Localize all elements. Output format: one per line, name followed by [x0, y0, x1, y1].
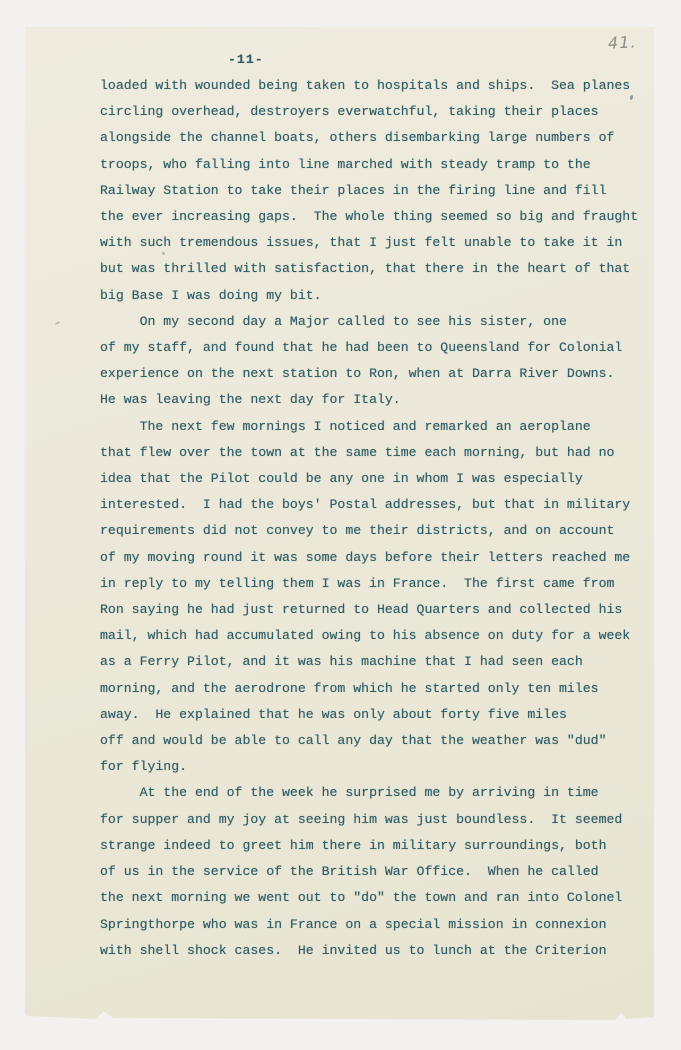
typed-page-number: -11-: [228, 52, 264, 68]
ink-speck: [162, 252, 165, 255]
typewritten-body: loaded with wounded being taken to hospi…: [100, 73, 648, 964]
typewritten-page: -11- 41. loaded with wounded being taken…: [25, 27, 654, 1021]
scan-background: -11- 41. loaded with wounded being taken…: [0, 0, 681, 1050]
pencil-page-number: 41.: [608, 32, 637, 52]
paper-blemish: [55, 321, 60, 325]
